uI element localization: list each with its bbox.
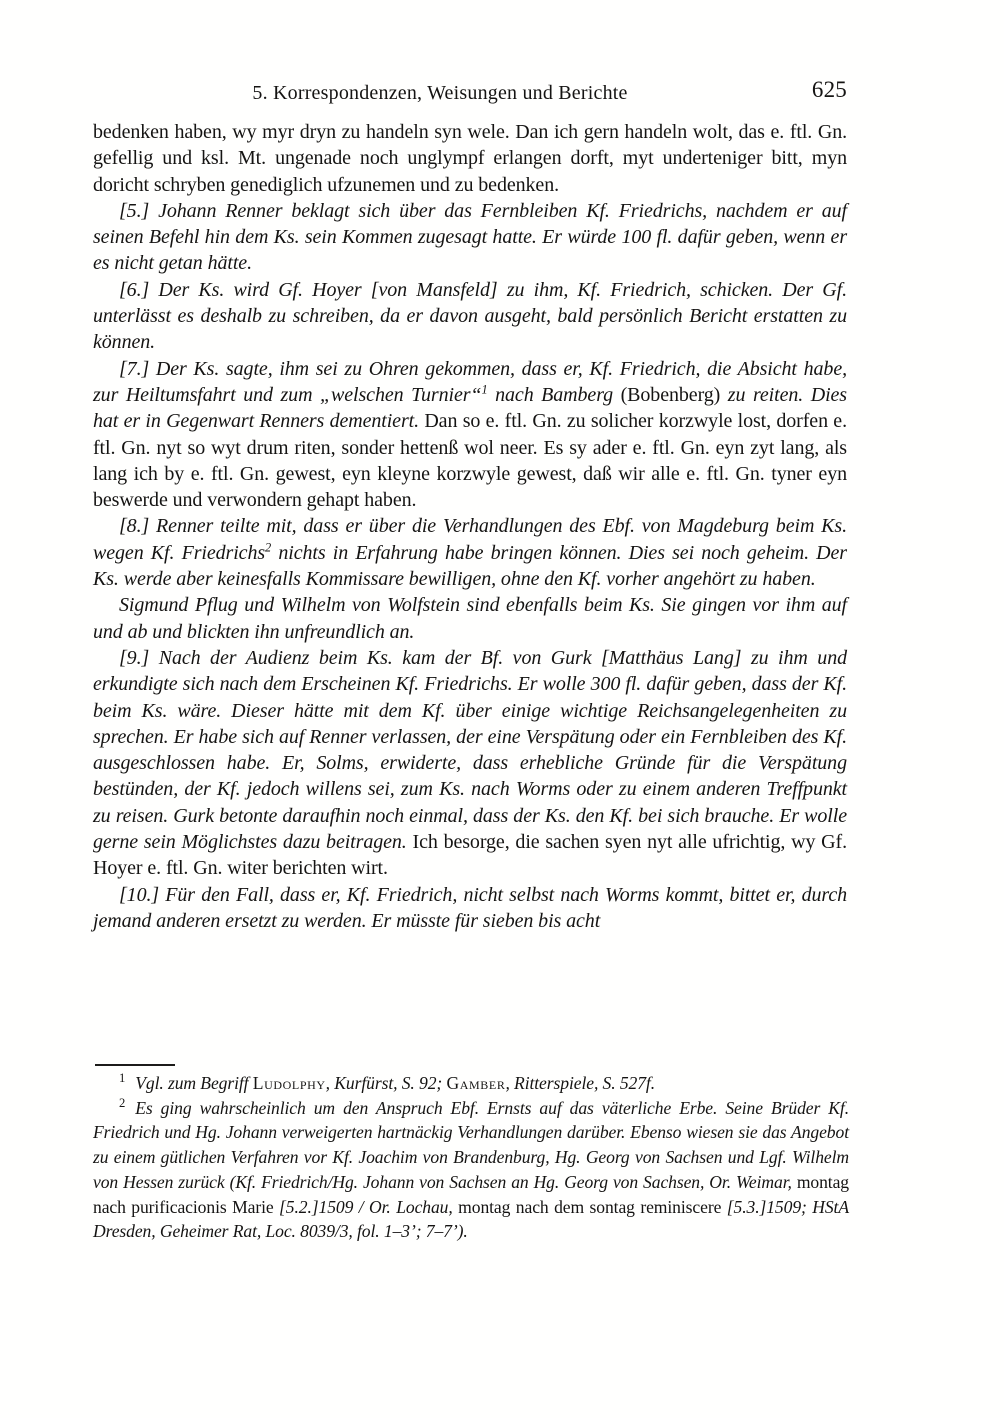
paragraph: [8.] Renner teilte mit, dass er über die… [93, 513, 847, 592]
section-heading: 5. Korrespondenzen, Weisungen und Berich… [93, 80, 847, 106]
text-segment: Ludolphy [253, 1073, 326, 1093]
text-segment: [10.] Für den Fall, dass er, Kf. Friedri… [93, 884, 847, 932]
footnote-separator-rule [95, 1064, 175, 1066]
footnotes-section: 1Vgl. zum Begriff Ludolphy, Kurfürst, S.… [93, 1064, 849, 1244]
text-segment: nach Bamberg [488, 384, 621, 406]
text-segment: [9.] Nach der Audienz beim Ks. kam der B… [93, 647, 847, 853]
text-segment: [5.] Johann Renner beklagt sich über das… [93, 200, 847, 275]
main-text: bedenken haben, wy myr dryn zu handeln s… [93, 119, 847, 934]
footnote-marker: 1 [119, 1071, 135, 1085]
paragraph: [6.] Der Ks. wird Gf. Hoyer [von Mansfel… [93, 277, 847, 356]
footnote: 1Vgl. zum Begriff Ludolphy, Kurfürst, S.… [93, 1071, 849, 1096]
paragraph: [7.] Der Ks. sagte, ihm sei zu Ohren gek… [93, 356, 847, 514]
footnote-marker: 2 [119, 1096, 135, 1110]
book-page: 5. Korrespondenzen, Weisungen und Berich… [0, 0, 1004, 1418]
page-number: 625 [812, 77, 847, 103]
text-segment: (Bobenberg) [621, 384, 728, 406]
text-column: 5. Korrespondenzen, Weisungen und Berich… [93, 80, 847, 934]
text-segment: , Kurfürst, S. 92; [326, 1073, 447, 1093]
paragraph: bedenken haben, wy myr dryn zu handeln s… [93, 119, 847, 198]
text-segment: Sigmund Pflug und Wilhelm von Wolfstein … [93, 594, 847, 642]
running-header: 5. Korrespondenzen, Weisungen und Berich… [93, 80, 847, 108]
text-segment: montag nach dem sontag reminiscere [458, 1197, 727, 1217]
text-segment: Es ging wahrscheinlich um den Anspruch E… [93, 1098, 849, 1192]
text-segment: [5.2.]1509 / Or. Lochau, [279, 1197, 458, 1217]
text-segment: [6.] Der Ks. wird Gf. Hoyer [von Mansfel… [93, 279, 847, 354]
paragraph: Sigmund Pflug und Wilhelm von Wolfstein … [93, 592, 847, 645]
paragraph: [9.] Nach der Audienz beim Ks. kam der B… [93, 645, 847, 882]
paragraph: [5.] Johann Renner beklagt sich über das… [93, 198, 847, 277]
paragraph: [10.] Für den Fall, dass er, Kf. Friedri… [93, 882, 847, 935]
text-segment: Vgl. zum Begriff [135, 1073, 253, 1093]
text-segment: , Ritterspiele, S. 527f. [505, 1073, 655, 1093]
text-segment: Gamber [446, 1073, 505, 1093]
footnote: 2Es ging wahrscheinlich um den Anspruch … [93, 1096, 849, 1244]
text-segment: bedenken haben, wy myr dryn zu handeln s… [93, 121, 847, 196]
